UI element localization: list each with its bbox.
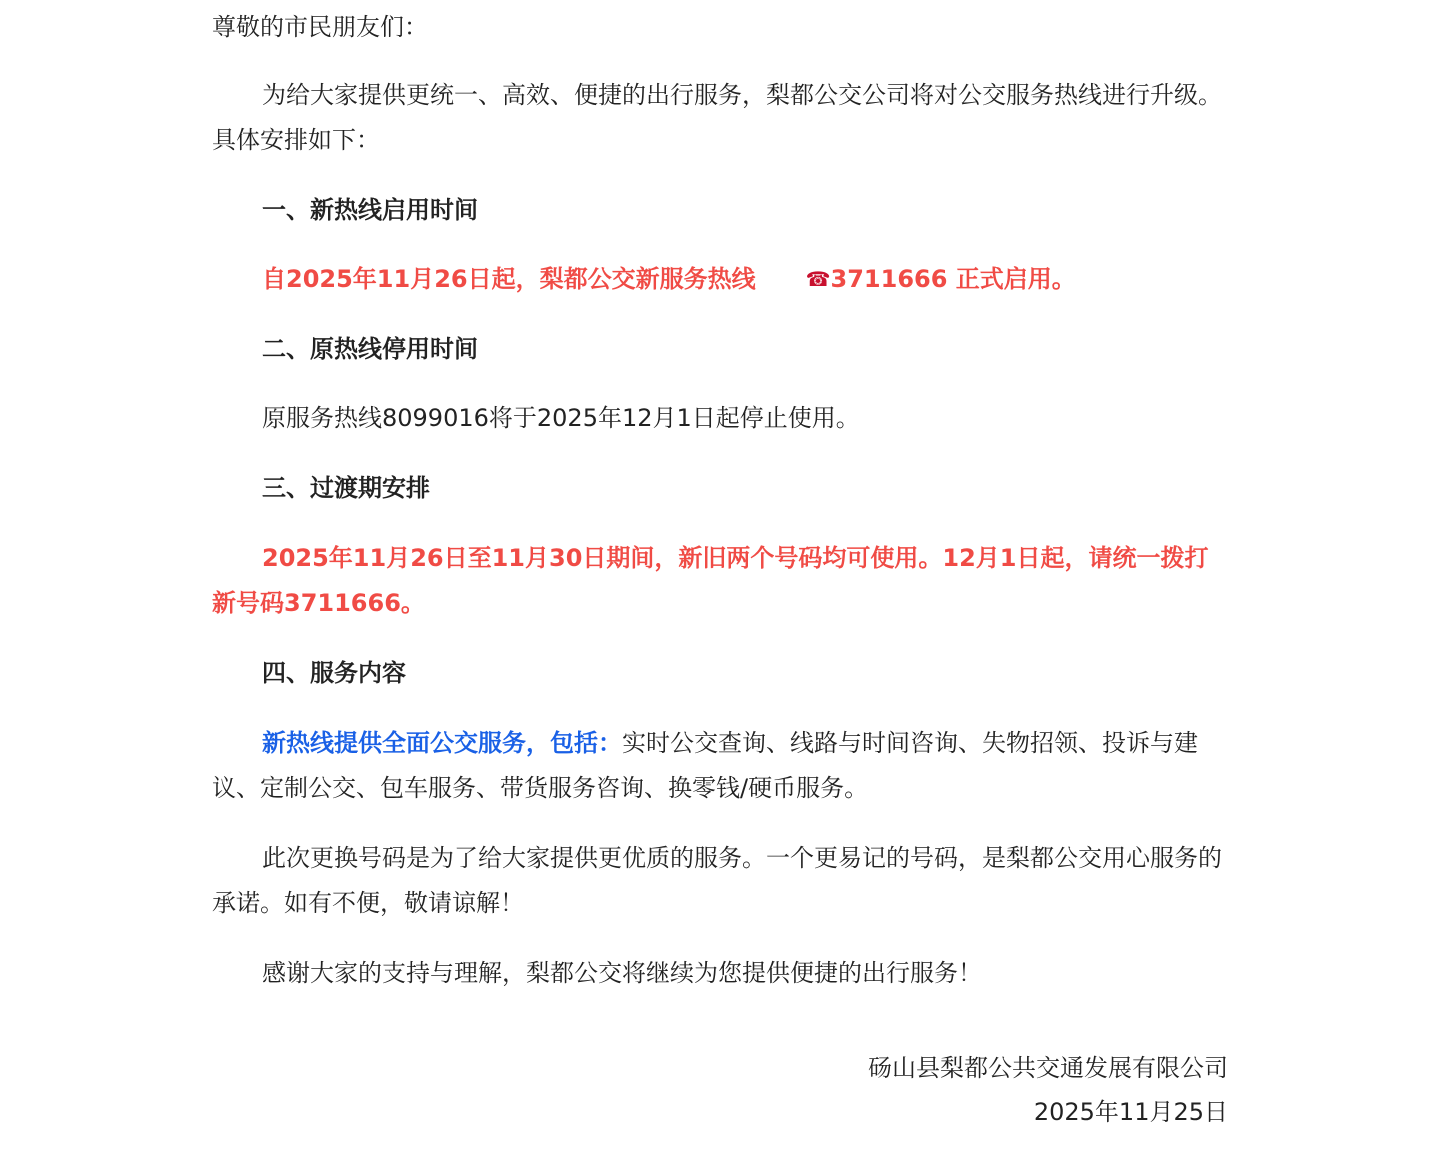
greeting: 尊敬的市民朋友们： (212, 5, 1228, 50)
signature-company: 砀山县梨都公共交通发展有限公司 (212, 1046, 1228, 1091)
section-4-body: 新热线提供全面公交服务，包括：实时公交查询、线路与时间咨询、失物招领、投诉与建议… (212, 721, 1228, 811)
section-2-heading: 二、原热线停用时间 (212, 327, 1228, 372)
closing-paragraph-1: 此次更换号码是为了给大家提供更优质的服务。一个更易记的号码，是梨都公交用心服务的… (212, 836, 1228, 926)
closing-paragraph-2: 感谢大家的支持与理解，梨都公交将继续为您提供便捷的出行服务！ (212, 951, 1228, 996)
intro-paragraph: 为给大家提供更统一、高效、便捷的出行服务，梨都公交公司将对公交服务热线进行升级。… (212, 73, 1228, 163)
section-4-highlight: 新热线提供全面公交服务，包括： (262, 729, 622, 757)
section-1-body-prefix: 自2025年11月26日起，梨都公交新服务热线 (262, 265, 756, 293)
section-1-heading: 一、新热线启用时间 (212, 188, 1228, 233)
section-1-body: 自2025年11月26日起，梨都公交新服务热线☎3711666 正式启用。 (212, 257, 1228, 302)
section-3-body: 2025年11月26日至11月30日期间，新旧两个号码均可使用。12月1日起，请… (212, 536, 1228, 626)
section-3-heading: 三、过渡期安排 (212, 466, 1228, 511)
telephone-icon: ☎ (756, 257, 831, 302)
signature-date: 2025年11月25日 (212, 1090, 1228, 1135)
section-1-body-suffix: 3711666 正式启用。 (831, 265, 1076, 293)
section-2-body: 原服务热线8099016将于2025年12月1日起停止使用。 (212, 396, 1228, 441)
section-4-heading: 四、服务内容 (212, 651, 1228, 696)
